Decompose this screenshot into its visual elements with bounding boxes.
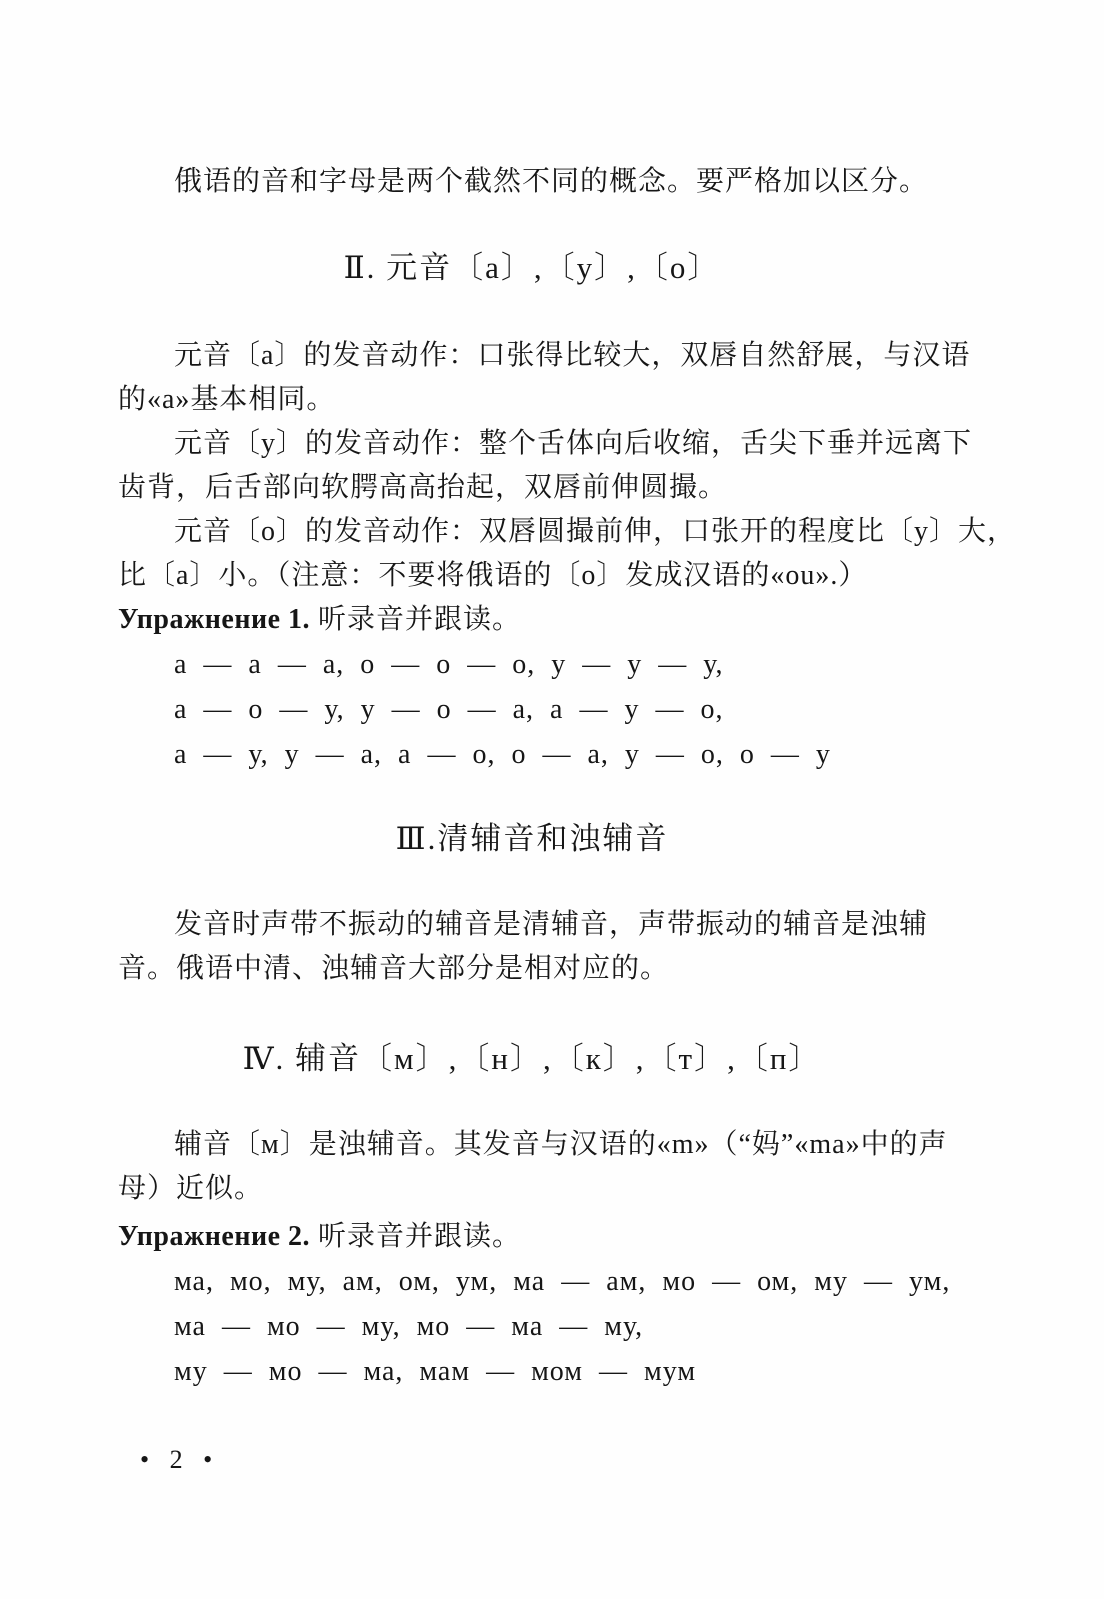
exercise-line: ма, мо, му, ам, ом, ум, ма — ам, мо — ом… [118,1259,946,1304]
paragraph-line: 母）近似。 [118,1167,946,1211]
exercise-line: а — а — а, о — о — о, у — у — у, [118,642,946,687]
exercise-2-drill: ма, мо, му, ам, ом, ум, ма — ам, мо — ом… [118,1259,946,1394]
paragraph-line: 的«а»基本相同。 [118,378,946,422]
exercise-line: а — у, у — а, а — о, о — а, у — о, о — у [118,732,946,777]
exercise-1-heading: Упражнение 1. 听录音并跟读。 [118,598,946,642]
paragraph-line: 元音〔о〕的发音动作：双唇圆撮前伸，口张开的程度比〔у〕大， [118,510,946,554]
text-column: 俄语的音和字母是两个截然不同的概念。要严格加以区分。 Ⅱ. 元音〔а〕,〔у〕,… [0,0,1104,1478]
paragraph-line: 发音时声带不振动的辅音是清辅音，声带振动的辅音是浊辅 [118,903,946,947]
exercise-1-label: Упражнение 1. [118,604,310,635]
section-heading-vowels: Ⅱ. 元音〔а〕,〔у〕,〔о〕 [118,246,946,290]
paragraph-line: 辅音〔м〕是浊辅音。其发音与汉语的«m»（“妈”«ma»中的声 [118,1123,946,1167]
page-number: • 2 • [118,1442,946,1478]
exercise-line: а — о — у, у — о — а, а — у — о, [118,687,946,732]
exercise-2-label: Упражнение 2. [118,1221,310,1252]
paragraph-line: 元音〔у〕的发音动作：整个舌体向后收缩，舌尖下垂并远离下 [118,422,946,466]
exercise-2-instruction: 听录音并跟读。 [318,1221,521,1252]
paragraph-consonant-m: 辅音〔м〕是浊辅音。其发音与汉语的«m»（“妈”«ma»中的声 母）近似。 [118,1123,946,1211]
exercise-line: ма — мо — му, мо — ма — му, [118,1304,946,1349]
paragraph-line: 元音〔а〕的发音动作：口张得比较大，双唇自然舒展，与汉语 [118,334,946,378]
paragraph-consonant-types: 发音时声带不振动的辅音是清辅音，声带振动的辅音是浊辅 音。俄语中清、浊辅音大部分… [118,903,946,991]
exercise-1-drill: а — а — а, о — о — о, у — у — у, а — о —… [118,642,946,777]
section-heading-consonants: Ⅳ. 辅音〔м〕,〔н〕,〔к〕,〔т〕,〔п〕 [118,1037,946,1081]
exercise-2-heading: Упражнение 2. 听录音并跟读。 [118,1215,946,1259]
paragraph-line: 音。俄语中清、浊辅音大部分是相对应的。 [118,947,946,991]
section-heading-consonant-types: Ⅲ.清辅音和浊辅音 [118,817,946,861]
paragraph-vowel-o: 元音〔о〕的发音动作：双唇圆撮前伸，口张开的程度比〔у〕大， 比〔а〕小。（注意… [118,510,946,598]
exercise-1-instruction: 听录音并跟读。 [318,604,521,635]
paragraph-line: 比〔а〕小。（注意：不要将俄语的〔о〕发成汉语的«ou».） [118,554,946,598]
paragraph-vowel-u: 元音〔у〕的发音动作：整个舌体向后收缩，舌尖下垂并远离下 齿背，后舌部向软腭高高… [118,422,946,510]
exercise-line: му — мо — ма, мам — мом — мум [118,1349,946,1394]
paragraph-line: 齿背，后舌部向软腭高高抬起，双唇前伸圆撮。 [118,466,946,510]
paragraph-vowel-a: 元音〔а〕的发音动作：口张得比较大，双唇自然舒展，与汉语 的«а»基本相同。 [118,334,946,422]
book-page: 俄语的音和字母是两个截然不同的概念。要严格加以区分。 Ⅱ. 元音〔а〕,〔у〕,… [0,0,1104,1599]
intro-paragraph: 俄语的音和字母是两个截然不同的概念。要严格加以区分。 [118,160,946,204]
